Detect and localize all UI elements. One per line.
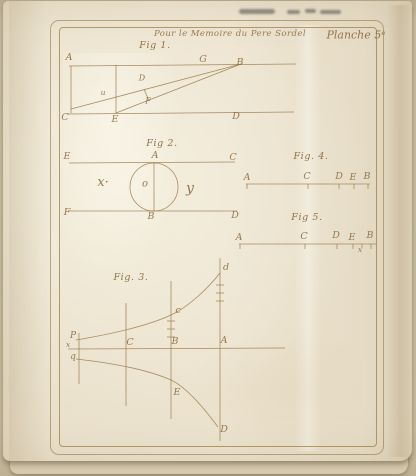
fig2-label-x·: x· [97,176,108,189]
page-header-title: Pour le Memoire du Pere Sordel [154,29,306,39]
fig5-label-E: E [349,233,356,243]
fig1-label-D: D [232,112,240,122]
fig2-label-o: o [142,180,148,190]
fig5-label-B: B [367,231,374,241]
fig3-title: Fig. 3. [113,273,148,283]
paper-stain [387,5,409,457]
fig2-label-C: C [229,153,236,163]
fig4-label-D: D [335,172,343,182]
fig4-title: Fig. 4. [293,152,328,162]
fig5-title: Fig 5. [291,213,322,223]
fig4-label-B: B [364,172,371,182]
plate-number-label: Planche 5ᵉ [326,29,385,42]
fig5-label-A: A [236,233,243,243]
fig1-label-A: A [66,53,73,63]
ink-smudge [239,9,275,14]
fig4-label-A: A [244,173,251,183]
fig3-label-D: D [220,425,228,435]
fig2-label-E: E [64,152,71,162]
fig3-label-C: C [126,338,133,348]
fig3-label-c: c [175,306,180,316]
fig2-label-D: D [231,211,239,221]
fig1-title: Fig 1. [139,41,170,51]
fig1-label-D: D [139,75,145,83]
fig5-label-x: x [358,246,362,254]
fig3-label-q: q [70,353,76,362]
fig1-label-B: B [237,58,244,68]
fig2-label-F: F [64,208,71,218]
fig3-label-d: d [223,263,229,273]
fig1-label-u: u [101,89,106,97]
fig1-label-F: F [145,98,151,106]
fig5-label-C: C [300,232,307,242]
fig1-label-E: E [112,115,119,125]
paper-stain [9,1,47,461]
fig2-title: Fig 2. [146,139,177,149]
fig4-label-E: E [350,173,357,183]
ink-smudge [305,9,316,13]
fig1-label-C: C [61,113,68,123]
fig1-label-G: G [199,55,207,65]
ink-smudge [320,10,341,14]
ink-smudge [287,10,300,14]
fig3-label-E: E [174,388,181,398]
fig3-label-x: x [66,341,70,349]
plate-inner-border [59,27,377,447]
fig4-label-C: C [303,172,310,182]
fig5-label-D: D [332,231,340,241]
fig3-label-A: A [221,336,228,346]
fig2-label-y: y [186,181,194,195]
fig3-label-B: B [172,337,179,347]
fig2-label-B: B [148,212,155,222]
document-page: Pour le Memoire du Pere Sordel Planche 5… [3,1,412,461]
fig3-label-P: P [70,332,76,341]
fig2-label-A: A [152,151,159,161]
